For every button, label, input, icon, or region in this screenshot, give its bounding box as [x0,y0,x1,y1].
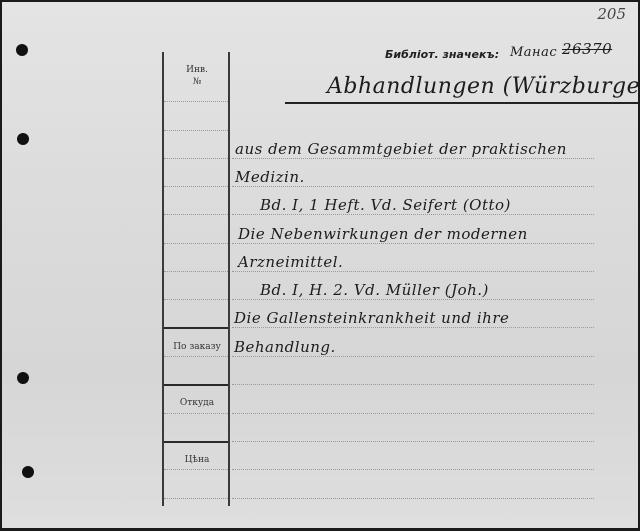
left-rule [164,214,228,215]
entry-line: Die Nebenwirkungen der modernen [238,225,528,243]
library-mark-label: Библіот. значекъ: [385,48,499,61]
left-separator [164,441,228,443]
left-rule [164,186,228,187]
entry-line: Arzneimittel. [238,253,343,271]
left-rule [164,101,228,102]
left-rule [164,299,228,300]
number-sign: № [164,77,230,87]
left-rule [164,158,228,159]
left-rule [164,243,228,244]
entry-line: Behandlung. [234,338,336,356]
line-rule [232,158,594,159]
column-right-border [228,52,230,506]
order-label: По заказу [164,342,230,352]
left-rule [164,271,228,272]
line-rule [232,243,594,244]
page-number: 205 [597,5,626,23]
line-rule [232,356,594,357]
left-separator [164,327,228,329]
price-label: Цѣна [164,455,230,465]
line-rule [232,413,594,414]
card-title: Abhandlungen (Würzburger [327,74,638,99]
punch-hole [16,44,28,56]
left-rule [164,498,228,499]
line-rule [232,498,594,499]
left-rule [164,356,228,357]
entry-line: Bd. I, 1 Heft. Vd. Seifert (Otto) [260,196,511,214]
entry-line: aus dem Gesammtgebiet der praktischen [235,140,567,158]
left-rule [164,413,228,414]
line-rule [232,384,594,385]
punch-hole [17,372,29,384]
line-rule [232,327,594,328]
entry-line: Die Gallensteinkrankheit und ihre [234,309,509,327]
line-rule [232,186,594,187]
from-label: Откуда [164,398,230,408]
column-left-border [162,52,164,506]
library-mark-number: 26370 [562,40,612,58]
library-mark-value: Манас [510,45,557,60]
punch-hole [22,466,34,478]
line-rule [232,299,594,300]
line-rule [232,214,594,215]
entry-line: Bd. I, H. 2. Vd. Müller (Joh.) [260,281,489,299]
inv-label: Инв. [164,65,230,75]
left-rule [164,469,228,470]
line-rule [232,469,594,470]
line-rule [232,441,594,442]
left-rule [164,130,228,131]
title-underline [285,102,638,104]
entry-line: Medizin. [235,168,305,186]
left-separator [164,384,228,386]
punch-hole [17,133,29,145]
line-rule [232,271,594,272]
catalog-card: 205 Библіот. значекъ: Манас 26370 Инв. №… [2,2,638,528]
